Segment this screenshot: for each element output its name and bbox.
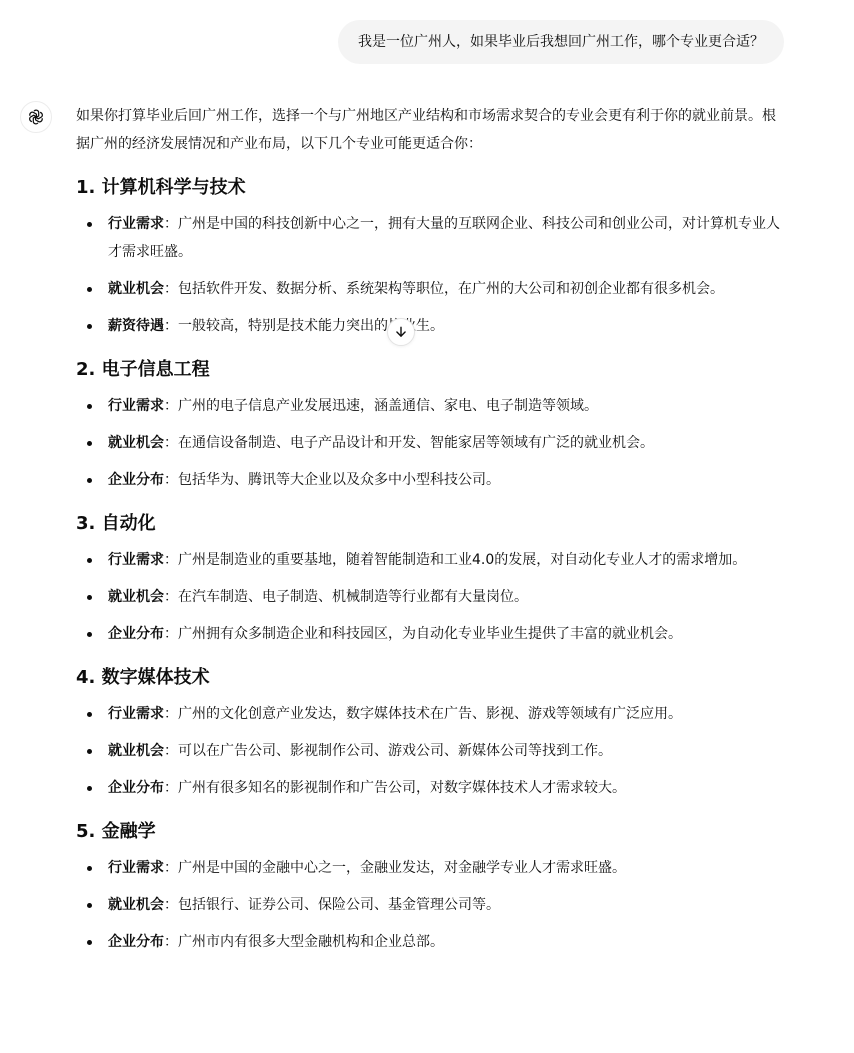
point-label: 行业需求: [108, 860, 164, 876]
point-separator: ：: [164, 216, 178, 232]
bullet-list: 行业需求：广州是中国的金融中心之一，金融业发达，对金融学专业人才需求旺盛。 就业…: [76, 854, 784, 956]
list-item: 企业分布：广州有很多知名的影视制作和广告公司，对数字媒体技术人才需求较大。: [76, 774, 784, 802]
point-label: 企业分布: [108, 472, 164, 488]
bullet-icon: [87, 786, 92, 791]
point-label: 企业分布: [108, 626, 164, 642]
point-text: 广州有很多知名的影视制作和广告公司，对数字媒体技术人才需求较大。: [178, 780, 626, 796]
point-label: 行业需求: [108, 552, 164, 568]
point-label: 行业需求: [108, 706, 164, 722]
section-finance: 5. 金融学 行业需求：广州是中国的金融中心之一，金融业发达，对金融学专业人才需…: [76, 816, 784, 956]
bullet-icon: [87, 478, 92, 483]
point-label: 就业机会: [108, 435, 164, 451]
point-separator: ：: [164, 934, 178, 950]
arrow-down-icon: [394, 325, 408, 339]
list-item: 企业分布：广州市内有很多大型金融机构和企业总部。: [76, 928, 784, 956]
point-text: 广州的电子信息产业发展迅速，涵盖通信、家电、电子制造等领域。: [178, 398, 598, 414]
list-item: 企业分布：包括华为、腾讯等大企业以及众多中小型科技公司。: [76, 466, 784, 494]
list-item: 就业机会：在汽车制造、电子制造、机械制造等行业都有大量岗位。: [76, 583, 784, 611]
point-text: 包括银行、证券公司、保险公司、基金管理公司等。: [178, 897, 500, 913]
list-item: 行业需求：广州的电子信息产业发展迅速，涵盖通信、家电、电子制造等领域。: [76, 392, 784, 420]
point-separator: ：: [164, 589, 178, 605]
bullet-icon: [87, 222, 92, 227]
list-item: 就业机会：在通信设备制造、电子产品设计和开发、智能家居等领域有广泛的就业机会。: [76, 429, 784, 457]
point-text: 广州市内有很多大型金融机构和企业总部。: [178, 934, 444, 950]
point-separator: ：: [164, 743, 178, 759]
list-item: 就业机会：包括银行、证券公司、保险公司、基金管理公司等。: [76, 891, 784, 919]
point-separator: ：: [164, 706, 178, 722]
point-separator: ：: [164, 552, 178, 568]
section-title: 2. 电子信息工程: [76, 354, 784, 386]
openai-logo-icon: [20, 101, 52, 133]
point-label: 就业机会: [108, 897, 164, 913]
list-item: 薪资待遇：一般较高，特别是技术能力突出的毕业生。: [76, 312, 784, 340]
section-title: 3. 自动化: [76, 508, 784, 540]
bullet-list: 行业需求：广州是中国的科技创新中心之一，拥有大量的互联网企业、科技公司和创业公司…: [76, 210, 784, 340]
bullet-icon: [87, 595, 92, 600]
point-text: 在通信设备制造、电子产品设计和开发、智能家居等领域有广泛的就业机会。: [178, 435, 654, 451]
section-automation: 3. 自动化 行业需求：广州是制造业的重要基地，随着智能制造和工业4.0的发展，…: [76, 508, 784, 648]
point-separator: ：: [164, 281, 178, 297]
bullet-list: 行业需求：广州的电子信息产业发展迅速，涵盖通信、家电、电子制造等领域。 就业机会…: [76, 392, 784, 494]
point-text: 广州是制造业的重要基地，随着智能制造和工业4.0的发展，对自动化专业人才的需求增…: [178, 552, 746, 568]
list-item: 行业需求：广州是中国的金融中心之一，金融业发达，对金融学专业人才需求旺盛。: [76, 854, 784, 882]
bullet-icon: [87, 866, 92, 871]
point-label: 就业机会: [108, 281, 164, 297]
point-label: 就业机会: [108, 743, 164, 759]
chat-page: 我是一位广州人，如果毕业后我想回广州工作，哪个专业更合适？ 如果你打算毕业后回广…: [0, 0, 854, 1053]
section-title: 1. 计算机科学与技术: [76, 172, 784, 204]
scroll-to-bottom-button[interactable]: [387, 318, 415, 346]
bullet-icon: [87, 749, 92, 754]
point-separator: ：: [164, 780, 178, 796]
section-digital-media: 4. 数字媒体技术 行业需求：广州的文化创意产业发达，数字媒体技术在广告、影视、…: [76, 662, 784, 802]
point-separator: ：: [164, 626, 178, 642]
point-text: 可以在广告公司、影视制作公司、游戏公司、新媒体公司等找到工作。: [178, 743, 612, 759]
point-text: 广州拥有众多制造企业和科技园区，为自动化专业毕业生提供了丰富的就业机会。: [178, 626, 682, 642]
list-item: 就业机会：包括软件开发、数据分析、系统架构等职位，在广州的大公司和初创企业都有很…: [76, 275, 784, 303]
point-label: 行业需求: [108, 216, 164, 232]
point-label: 行业需求: [108, 398, 164, 414]
list-item: 行业需求：广州是中国的科技创新中心之一，拥有大量的互联网企业、科技公司和创业公司…: [76, 210, 784, 266]
section-computer-science: 1. 计算机科学与技术 行业需求：广州是中国的科技创新中心之一，拥有大量的互联网…: [76, 172, 784, 340]
section-title: 4. 数字媒体技术: [76, 662, 784, 694]
bullet-icon: [87, 712, 92, 717]
bullet-icon: [87, 940, 92, 945]
bullet-icon: [87, 404, 92, 409]
point-text: 广州是中国的金融中心之一，金融业发达，对金融学专业人才需求旺盛。: [178, 860, 626, 876]
bullet-icon: [87, 558, 92, 563]
bullet-list: 行业需求：广州的文化创意产业发达，数字媒体技术在广告、影视、游戏等领域有广泛应用…: [76, 700, 784, 802]
point-separator: ：: [164, 318, 178, 334]
point-separator: ：: [164, 860, 178, 876]
user-message-bubble: 我是一位广州人，如果毕业后我想回广州工作，哪个专业更合适？: [338, 20, 784, 64]
point-separator: ：: [164, 398, 178, 414]
list-item: 企业分布：广州拥有众多制造企业和科技园区，为自动化专业毕业生提供了丰富的就业机会…: [76, 620, 784, 648]
point-text: 广州的文化创意产业发达，数字媒体技术在广告、影视、游戏等领域有广泛应用。: [178, 706, 682, 722]
intro-paragraph: 如果你打算毕业后回广州工作，选择一个与广州地区产业结构和市场需求契合的专业会更有…: [76, 102, 784, 158]
point-text: 包括软件开发、数据分析、系统架构等职位，在广州的大公司和初创企业都有很多机会。: [178, 281, 724, 297]
section-title: 5. 金融学: [76, 816, 784, 848]
list-item: 行业需求：广州是制造业的重要基地，随着智能制造和工业4.0的发展，对自动化专业人…: [76, 546, 784, 574]
point-text: 广州是中国的科技创新中心之一，拥有大量的互联网企业、科技公司和创业公司，对计算机…: [108, 216, 780, 260]
point-separator: ：: [164, 897, 178, 913]
bullet-icon: [87, 632, 92, 637]
user-message-row: 我是一位广州人，如果毕业后我想回广州工作，哪个专业更合适？: [338, 20, 784, 64]
assistant-message-content: 如果你打算毕业后回广州工作，选择一个与广州地区产业结构和市场需求契合的专业会更有…: [76, 98, 784, 965]
point-label: 就业机会: [108, 589, 164, 605]
point-text: 包括华为、腾讯等大企业以及众多中小型科技公司。: [178, 472, 500, 488]
point-label: 企业分布: [108, 780, 164, 796]
bullet-icon: [87, 287, 92, 292]
bullet-icon: [87, 441, 92, 446]
point-separator: ：: [164, 435, 178, 451]
point-label: 企业分布: [108, 934, 164, 950]
list-item: 就业机会：可以在广告公司、影视制作公司、游戏公司、新媒体公司等找到工作。: [76, 737, 784, 765]
list-item: 行业需求：广州的文化创意产业发达，数字媒体技术在广告、影视、游戏等领域有广泛应用…: [76, 700, 784, 728]
bullet-list: 行业需求：广州是制造业的重要基地，随着智能制造和工业4.0的发展，对自动化专业人…: [76, 546, 784, 648]
point-separator: ：: [164, 472, 178, 488]
bullet-icon: [87, 903, 92, 908]
section-electronic-information: 2. 电子信息工程 行业需求：广州的电子信息产业发展迅速，涵盖通信、家电、电子制…: [76, 354, 784, 494]
bullet-icon: [87, 324, 92, 329]
point-text: 在汽车制造、电子制造、机械制造等行业都有大量岗位。: [178, 589, 528, 605]
point-label: 薪资待遇: [108, 318, 164, 334]
